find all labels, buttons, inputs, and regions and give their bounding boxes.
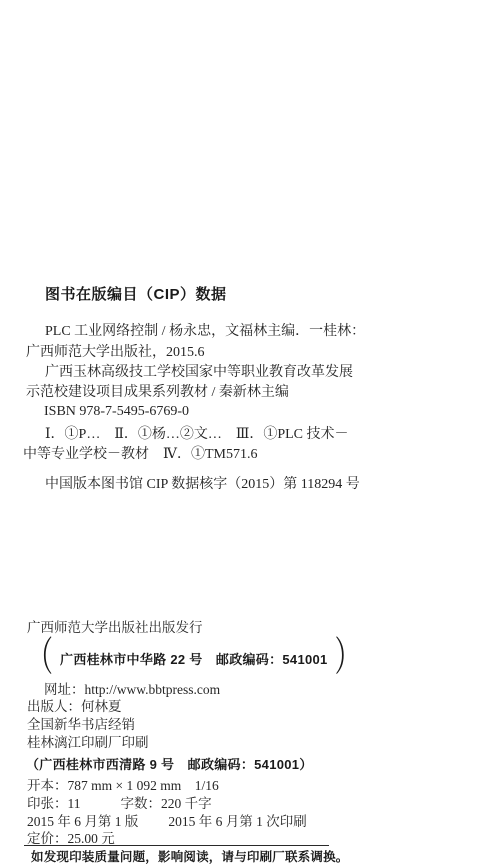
edition-value: 2015 年 6 月第 1 版 bbox=[27, 814, 138, 829]
cip-series-line-2: 示范校建设项目成果系列教材 / 秦新林主编 bbox=[26, 385, 289, 402]
cip-title-line-2: 广西师范大学出版社，2015.6 bbox=[26, 345, 205, 362]
printer-line: 桂林漓江印刷厂印刷 bbox=[27, 735, 149, 751]
sheets-value: 印张：11 bbox=[27, 796, 81, 811]
word-count-value: 字数：220 千字 bbox=[121, 796, 212, 811]
big-paren-close: ） bbox=[335, 638, 361, 678]
printing-value: 2015 年 6 月第 1 次印刷 bbox=[168, 814, 306, 829]
edition-printing-line: 2015 年 6 月第 1 版2015 年 6 月第 1 次印刷 bbox=[27, 814, 307, 830]
cip-series-line-1: 广西玉林高级技工学校国家中等职业教育改革发展 bbox=[45, 365, 353, 382]
format-line: 开本：787 mm × 1 092 mm 1/16 bbox=[27, 778, 219, 794]
cip-classification-line-1: Ⅰ．①P… Ⅱ．①杨…②文… Ⅲ．①PLC 技术－ bbox=[45, 427, 349, 444]
isbn-line: ISBN 978-7-5495-6769-0 bbox=[44, 404, 189, 421]
divider-rule bbox=[24, 845, 329, 846]
publisher-person-line: 出版人：何林夏 bbox=[27, 699, 122, 715]
cip-heading: 图书在版编目（CIP）数据 bbox=[45, 286, 227, 304]
copyright-page: 图书在版编目（CIP）数据 PLC 工业网络控制 / 杨永忠，文福林主编．一桂林… bbox=[0, 0, 500, 867]
website-line: 网址：http://www.bbtpress.com bbox=[44, 682, 220, 698]
publisher-address: 广西桂林市中华路 22 号 邮政编码：541001 bbox=[60, 649, 328, 668]
publisher-address-row: （ 广西桂林市中华路 22 号 邮政编码：541001 ） bbox=[27, 642, 361, 674]
cip-classification-line-2: 中等专业学校－教材 Ⅳ．①TM571.6 bbox=[23, 447, 258, 464]
sheets-wordcount-line: 印张：11字数：220 千字 bbox=[27, 796, 212, 812]
printer-address-line: （广西桂林市西清路 9 号 邮政编码：541001） bbox=[26, 757, 313, 773]
quality-notice: 如发现印装质量问题，影响阅读，请与印刷厂联系调换。 bbox=[31, 850, 349, 865]
big-paren-open: （ bbox=[27, 638, 53, 678]
cip-title-line-1: PLC 工业网络控制 / 杨永忠，文福林主编．一桂林： bbox=[45, 324, 365, 341]
distribution-line: 全国新华书店经销 bbox=[27, 717, 135, 733]
cip-registry-line: 中国版本图书馆 CIP 数据核字（2015）第 118294 号 bbox=[45, 477, 360, 494]
issuer-line: 广西师范大学出版社出版发行 bbox=[27, 620, 203, 636]
